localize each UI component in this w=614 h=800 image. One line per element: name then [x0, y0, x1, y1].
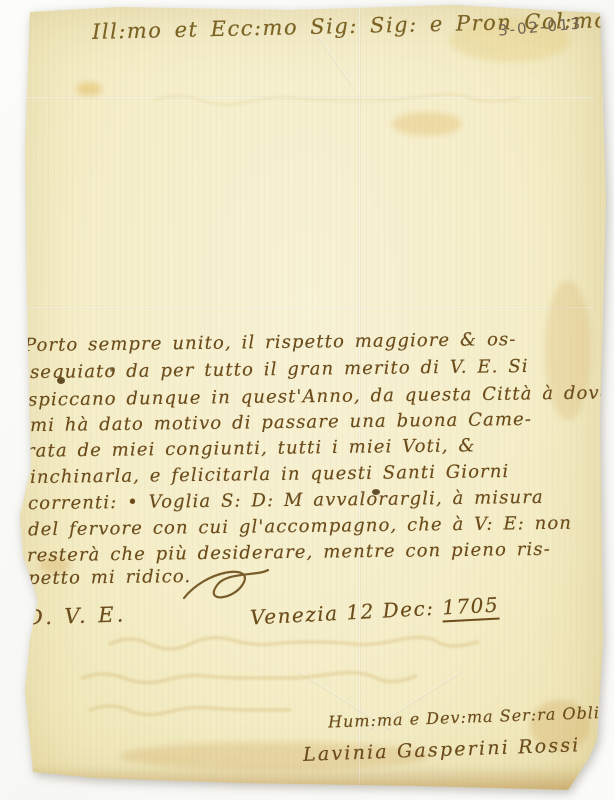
foxing-stain	[76, 82, 102, 96]
foxing-stain	[392, 112, 462, 136]
body-line: petto mi ridico.	[28, 566, 192, 589]
manuscript-paper: Ill:mo et Ecc:mo Sig: Sig: e Pron Col:mo…	[0, 0, 614, 800]
ink-bleed-through	[150, 84, 530, 114]
pen-flourish	[178, 562, 274, 608]
horizontal-fold-crease	[26, 306, 594, 309]
valediction-abbreviation: D. V. E.	[26, 602, 127, 629]
scanned-letter-page: Ill:mo et Ecc:mo Sig: Sig: e Pron Col:mo…	[0, 0, 614, 800]
bottom-edge-browning	[0, 766, 614, 792]
year-underlined: 1705	[442, 592, 500, 622]
paper-shadow-wrap: Ill:mo et Ecc:mo Sig: Sig: e Pron Col:mo…	[0, 0, 614, 800]
